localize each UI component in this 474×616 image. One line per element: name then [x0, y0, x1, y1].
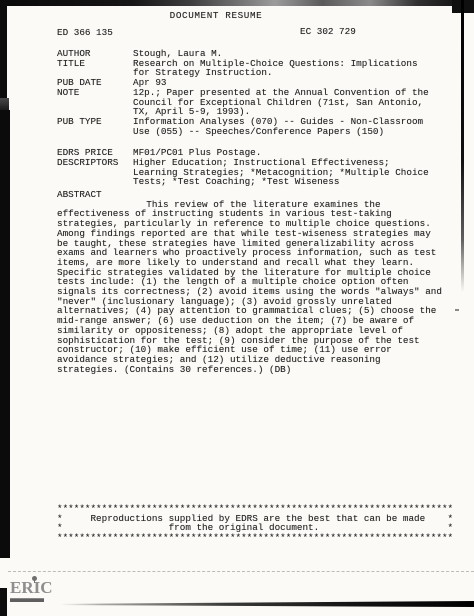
field-label: NOTE	[57, 88, 133, 98]
field-row-note: NOTE 12p.; Paper presented at the Annual…	[57, 88, 457, 117]
field-table: AUTHOR Stough, Laura M. TITLE Research o…	[57, 49, 457, 187]
scan-dashed-line	[8, 571, 474, 572]
scan-edge-bottom-left	[0, 588, 7, 616]
scanned-document-page: DOCUMENT RESUME ED 366 135 EC 302 729 AU…	[0, 0, 474, 616]
eric-logo-underbar	[10, 598, 44, 602]
field-value: Research on Multiple-Choice Questions: I…	[133, 59, 457, 78]
field-label: DESCRIPTORS	[57, 158, 133, 168]
scan-edge-right-line	[461, 0, 464, 292]
abstract-section: ABSTRACT This review of the literature e…	[57, 190, 461, 374]
field-value: 12p.; Paper presented at the Annual Conv…	[133, 88, 457, 117]
edrs-reproduction-notice: ****************************************…	[57, 504, 461, 543]
abstract-text: This review of the literature examines t…	[57, 200, 461, 375]
scan-edge-left-join	[0, 98, 9, 114]
scan-bottom-line	[60, 601, 474, 607]
field-label: PUB TYPE	[57, 117, 133, 127]
eric-logo-text: ERIC	[10, 579, 53, 596]
eric-lamp-stem-icon	[34, 580, 35, 583]
field-value: Higher Education; Instructional Effectiv…	[133, 158, 457, 187]
field-row-descriptors: DESCRIPTORS Higher Education; Instructio…	[57, 158, 457, 187]
field-row-pub-type: PUB TYPE Information Analyses (070) -- G…	[57, 117, 457, 136]
eric-logo: ERIC	[10, 576, 54, 608]
scan-edge-top-right	[452, 0, 474, 13]
document-resume-title: DOCUMENT RESUME	[0, 11, 432, 21]
scan-edge-top	[0, 0, 474, 6]
field-label: TITLE	[57, 59, 133, 69]
ec-number: EC 302 729	[300, 27, 356, 37]
ed-number: ED 366 135	[57, 28, 113, 38]
scan-edge-left-lower	[0, 110, 10, 558]
field-value: Information Analyses (070) -- Guides - N…	[133, 117, 457, 136]
field-row-title: TITLE Research on Multiple-Choice Questi…	[57, 59, 457, 78]
